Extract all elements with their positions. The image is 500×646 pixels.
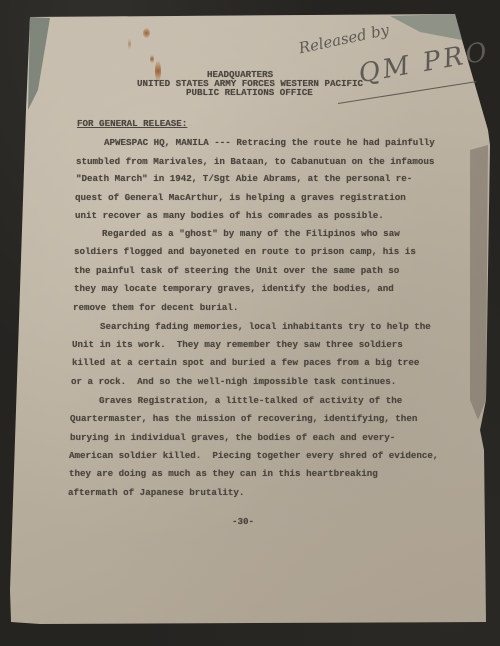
rust-stain	[128, 38, 131, 50]
body-line: Searching fading memories, local inhabit…	[100, 322, 431, 332]
body-line: unit recover as many bodies of his comra…	[75, 211, 384, 221]
body-line: aftermath of Japanese brutality.	[68, 488, 244, 498]
body-line: Unit in its work. They may remember they…	[72, 340, 403, 350]
body-line: burying in individual graves, the bodies…	[70, 433, 395, 443]
rust-stain	[150, 55, 154, 63]
body-line: American soldier killed. Piecing togethe…	[69, 451, 438, 461]
header-line-3: PUBLIC RELATIONS OFFICE	[186, 88, 313, 98]
body-line: "Death March" in 1942, T/Sgt Abie Abrams…	[76, 174, 412, 184]
body-line: Graves Registration, a little-talked of …	[99, 396, 402, 406]
end-mark: -30-	[232, 517, 254, 527]
body-line: Quartermaster, has the mission of recove…	[70, 414, 417, 424]
body-line: APWESPAC HQ, MANILA --- Retracing the ro…	[104, 138, 435, 148]
body-line: Regarded as a "ghost" by many of the Fil…	[102, 229, 400, 239]
body-line: they may locate temporary graves, identi…	[74, 284, 394, 294]
body-line: killed at a certain spot and buried a fe…	[72, 358, 419, 368]
body-line: or a rock. And so the well-nigh impossib…	[71, 377, 396, 387]
rust-stain	[143, 28, 150, 38]
body-line: stumbled from Marivales, in Bataan, to C…	[76, 157, 434, 167]
release-label: FOR GENERAL RELEASE:	[77, 119, 187, 129]
body-line: they are doing as much as they can in th…	[69, 469, 378, 479]
body-line: soldiers flogged and bayoneted en route …	[74, 247, 416, 257]
body-line: the painful task of steering the Unit ov…	[74, 266, 399, 276]
body-line: remove them for decent burial.	[73, 303, 238, 313]
body-line: quest of General MacArthur, is helping a…	[75, 193, 406, 203]
